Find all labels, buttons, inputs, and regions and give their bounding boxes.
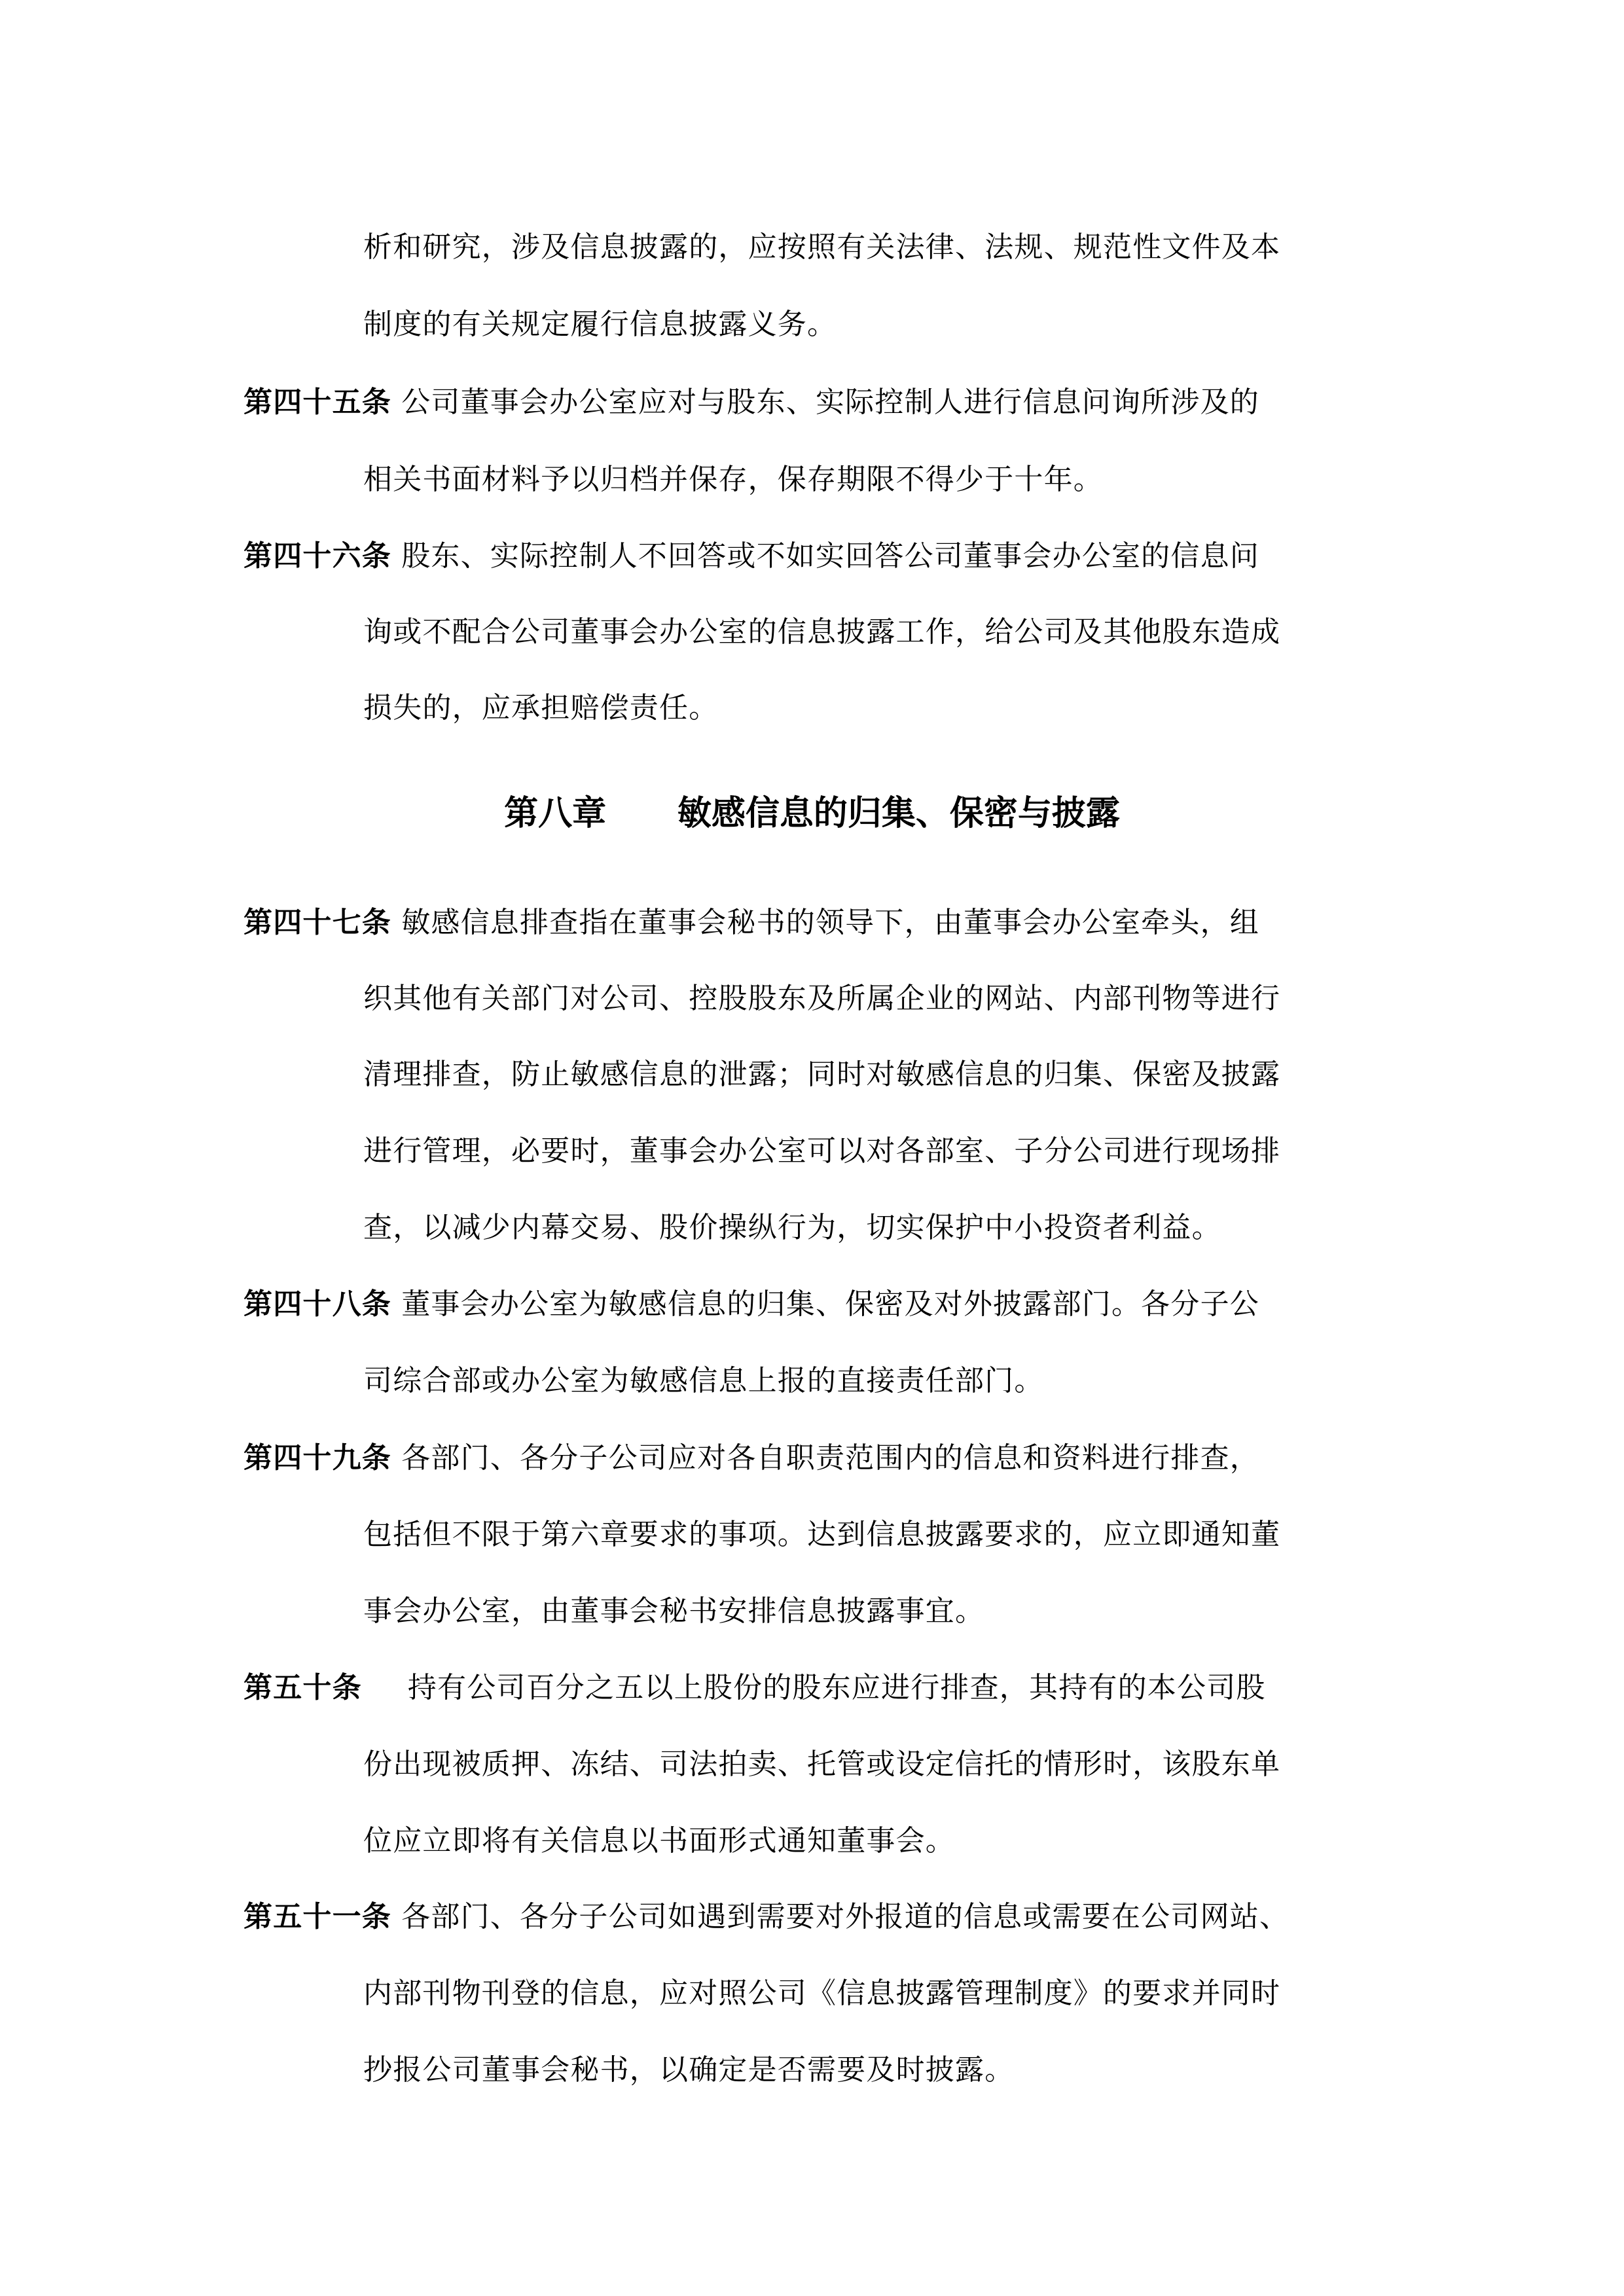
paragraph-line: 清理排查，防止敏感信息的泄露；同时对敏感信息的归集、保密及披露 [363,1055,1280,1094]
chapter-number: 第八章 [504,794,606,833]
article-label: 第四十五条 [244,386,391,419]
article-text: 持有公司百分之五以上股份的股东应进行排查，其持有的本公司股 [408,1671,1266,1704]
article-50: 第五十条持有公司百分之五以上股份的股东应进行排查，其持有的本公司股 [244,1668,1266,1708]
paragraph-line: 制度的有关规定履行信息披露义务。 [363,305,837,344]
paragraph-line: 查，以减少内幕交易、股价操纵行为，切实保护中小投资者利益。 [363,1208,1221,1247]
paragraph-line: 司综合部或办公室为敏感信息上报的直接责任部门。 [363,1361,1044,1401]
paragraph-line: 询或不配合公司董事会办公室的信息披露工作，给公司及其他股东造成 [363,613,1280,652]
article-49: 第四十九条 各部门、各分子公司应对各自职责范围内的信息和资料进行排查， [244,1439,1259,1478]
article-46: 第四十六条 股东、实际控制人不回答或不如实回答公司董事会办公室的信息问 [244,537,1259,576]
paragraph-line: 损失的，应承担赔偿责任。 [363,689,718,728]
article-45: 第四十五条 公司董事会办公室应对与股东、实际控制人进行信息问询所涉及的 [244,383,1259,422]
paragraph-line: 事会办公室，由董事会秘书安排信息披露事宜。 [363,1592,984,1631]
paragraph-line: 包括但不限于第六章要求的事项。达到信息披露要求的，应立即通知董 [363,1515,1280,1554]
article-text: 各部门、各分子公司如遇到需要对外报道的信息或需要在公司网站、 [401,1900,1289,1933]
article-text: 股东、实际控制人不回答或不如实回答公司董事会办公室的信息问 [401,539,1259,573]
article-label: 第五十一条 [244,1900,391,1933]
paragraph-line: 织其他有关部门对公司、控股股东及所属企业的网站、内部刊物等进行 [363,979,1280,1018]
article-51: 第五十一条 各部门、各分子公司如遇到需要对外报道的信息或需要在公司网站、 [244,1897,1289,1937]
article-label: 第四十八条 [244,1287,391,1321]
paragraph-line: 进行管理，必要时，董事会办公室可以对各部室、子分公司进行现场排 [363,1132,1280,1171]
article-47: 第四十七条 敏感信息排查指在董事会秘书的领导下，由董事会办公室牵头，组 [244,903,1259,942]
paragraph-line: 抄报公司董事会秘书，以确定是否需要及时披露。 [363,2051,1014,2090]
paragraph-line: 份出现被质押、冻结、司法拍卖、托管或设定信托的情形时，该股东单 [363,1745,1280,1784]
article-text: 敏感信息排查指在董事会秘书的领导下，由董事会办公室牵头，组 [401,906,1259,939]
paragraph-line: 相关书面材料予以归档并保存，保存期限不得少于十年。 [363,460,1103,499]
article-label: 第四十九条 [244,1441,391,1475]
paragraph-line: 析和研究，涉及信息披露的，应按照有关法律、法规、规范性文件及本 [363,228,1280,267]
article-label: 第四十六条 [244,539,391,573]
chapter-heading: 第八章 敏感信息的归集、保密与披露 [0,791,1624,836]
paragraph-line: 位应立即将有关信息以书面形式通知董事会。 [363,1821,955,1861]
article-text: 各部门、各分子公司应对各自职责范围内的信息和资料进行排查， [401,1441,1259,1475]
article-label: 第五十条 [244,1671,362,1704]
article-label: 第四十七条 [244,906,391,939]
article-text: 公司董事会办公室应对与股东、实际控制人进行信息问询所涉及的 [401,386,1259,419]
paragraph-line: 内部刊物刊登的信息，应对照公司《信息披露管理制度》的要求并同时 [363,1974,1280,2013]
chapter-title: 敏感信息的归集、保密与披露 [677,794,1120,833]
article-48: 第四十八条 董事会办公室为敏感信息的归集、保密及对外披露部门。各分子公 [244,1285,1259,1324]
article-text: 董事会办公室为敏感信息的归集、保密及对外披露部门。各分子公 [401,1287,1259,1321]
